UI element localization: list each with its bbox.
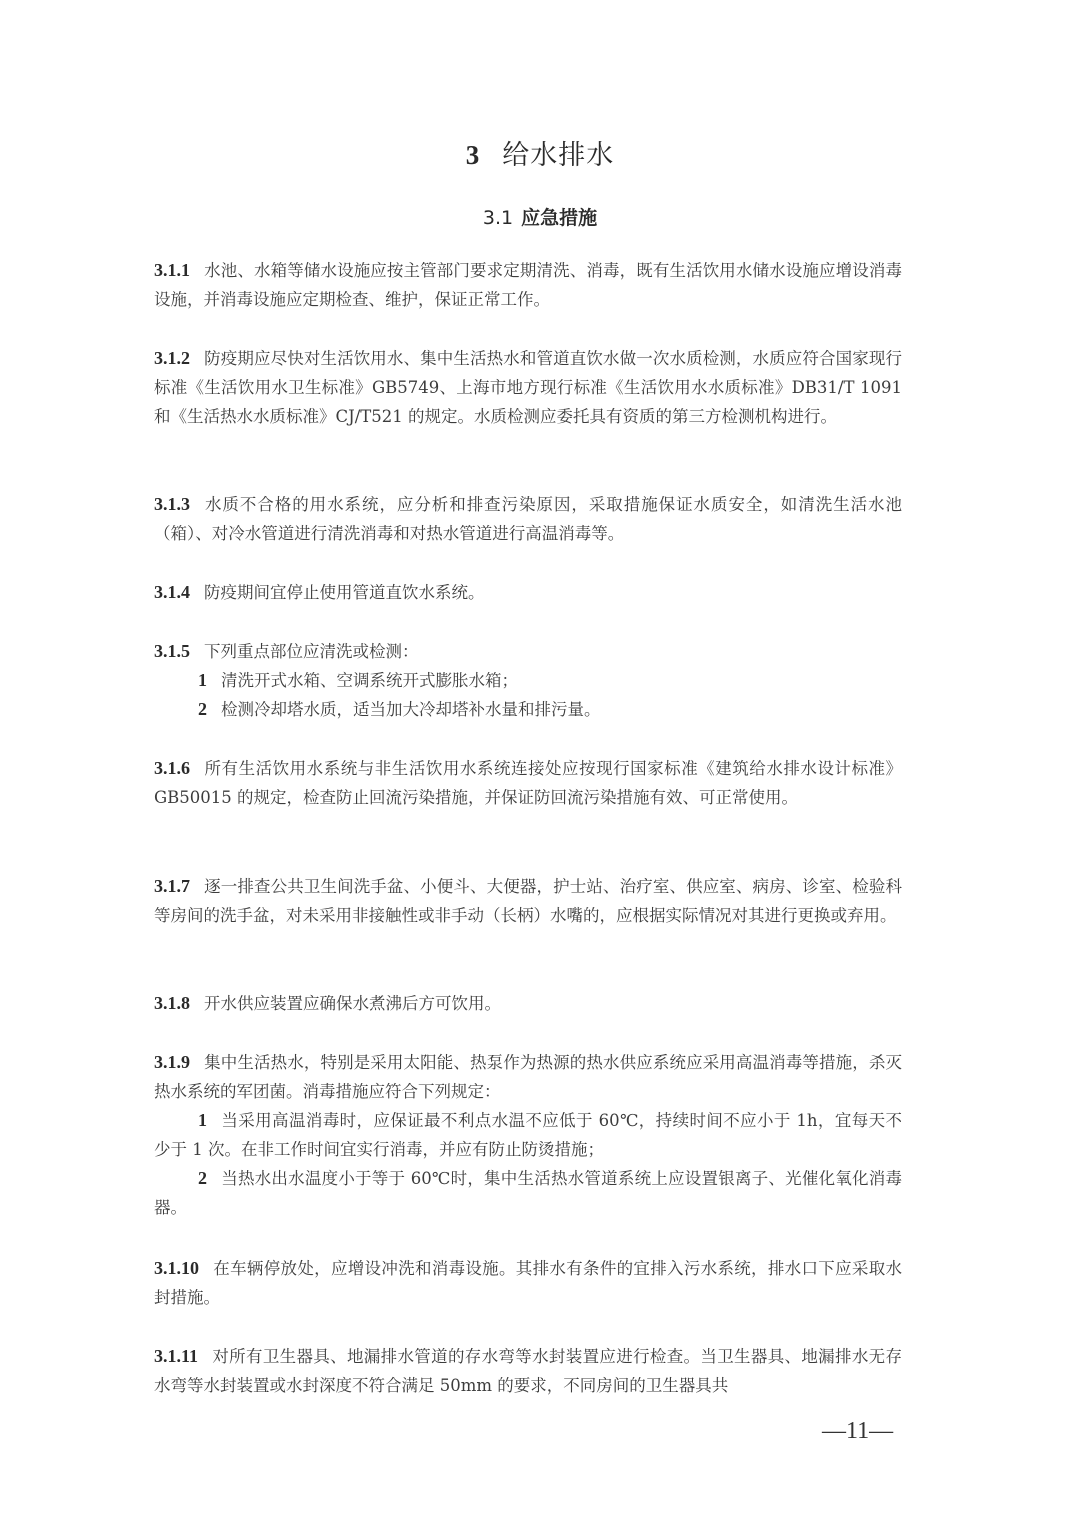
list-item: 1清洗开式水箱、空调系统开式膨胀水箱；	[154, 666, 902, 695]
clause-text: 防疫期间宜停止使用管道直饮水系统。	[204, 583, 485, 602]
clause-number: 3.1.3	[154, 494, 190, 514]
clause-text: 防疫期应尽快对生活饮用水、集中生活热水和管道直饮水做一次水质检测，水质应符合国家…	[154, 349, 902, 426]
clause-text: 所有生活饮用水系统与非生活饮用水系统连接处应按现行国家标准《建筑给水排水设计标准…	[154, 759, 902, 807]
section-number: 3.1	[483, 207, 513, 229]
clause-text: 水池、水箱等储水设施应按主管部门要求定期清洗、消毒，既有生活饮用水储水设施应增设…	[154, 261, 902, 309]
clause-number: 3.1.6	[154, 758, 190, 778]
clause-text: 对所有卫生器具、地漏排水管道的存水弯等水封装置应进行检查。当卫生器具、地漏排水无…	[154, 1347, 902, 1395]
clause-3-1-4: 3.1.4防疫期间宜停止使用管道直饮水系统。	[154, 578, 902, 607]
clause-text: 开水供应装置应确保水煮沸后方可饮用。	[204, 994, 501, 1013]
clause-3-1-8: 3.1.8开水供应装置应确保水煮沸后方可饮用。	[154, 989, 902, 1018]
clause-number: 3.1.5	[154, 641, 190, 661]
section-title-text: 应急措施	[521, 207, 597, 229]
clause-3-1-1: 3.1.1水池、水箱等储水设施应按主管部门要求定期清洗、消毒，既有生活饮用水储水…	[154, 256, 902, 314]
list-item: 2当热水出水温度小于等于 60℃时，集中生活热水管道系统上应设置银离子、光催化氧…	[154, 1164, 902, 1222]
clause-3-1-5: 3.1.5下列重点部位应清洗或检测： 1清洗开式水箱、空调系统开式膨胀水箱； 2…	[154, 637, 902, 724]
clause-3-1-6: 3.1.6所有生活饮用水系统与非生活饮用水系统连接处应按现行国家标准《建筑给水排…	[154, 754, 902, 812]
clause-number: 3.1.11	[154, 1346, 198, 1366]
clause-3-1-3: 3.1.3水质不合格的用水系统，应分析和排查污染原因，采取措施保证水质安全，如清…	[154, 490, 902, 548]
page-number: —11—	[822, 1418, 893, 1445]
clause-number: 3.1.1	[154, 260, 190, 280]
clause-3-1-11: 3.1.11对所有卫生器具、地漏排水管道的存水弯等水封装置应进行检查。当卫生器具…	[154, 1342, 902, 1400]
clause-number: 3.1.4	[154, 582, 190, 602]
list-item: 1当采用高温消毒时，应保证最不利点水温不应低于 60℃，持续时间不应小于 1h，…	[154, 1106, 902, 1164]
clause-number: 3.1.2	[154, 348, 190, 368]
clause-text: 在车辆停放处，应增设冲洗和消毒设施。其排水有条件的宜排入污水系统，排水口下应采取…	[154, 1259, 902, 1307]
clause-3-1-2: 3.1.2防疫期应尽快对生活饮用水、集中生活热水和管道直饮水做一次水质检测，水质…	[154, 344, 902, 431]
clause-3-1-9: 3.1.9集中生活热水，特别是采用太阳能、热泵作为热源的热水供应系统应采用高温消…	[154, 1048, 902, 1222]
clause-text: 逐一排查公共卫生间洗手盆、小便斗、大便器，护士站、治疗室、供应室、病房、诊室、检…	[154, 877, 902, 925]
clause-number: 3.1.9	[154, 1052, 190, 1072]
list-item: 2检测冷却塔水质，适当加大冷却塔补水量和排污量。	[154, 695, 902, 724]
clause-text: 下列重点部位应清洗或检测：	[204, 642, 419, 661]
section-title: 3.1应急措施	[0, 203, 1080, 230]
chapter-title-text: 给水排水	[502, 140, 614, 171]
clause-3-1-7: 3.1.7逐一排查公共卫生间洗手盆、小便斗、大便器，护士站、治疗室、供应室、病房…	[154, 872, 902, 930]
clause-text: 集中生活热水，特别是采用太阳能、热泵作为热源的热水供应系统应采用高温消毒等措施，…	[154, 1053, 902, 1101]
clause-text: 水质不合格的用水系统，应分析和排查污染原因，采取措施保证水质安全，如清洗生活水池…	[154, 495, 902, 543]
clause-number: 3.1.8	[154, 993, 190, 1013]
clause-3-1-10: 3.1.10在车辆停放处，应增设冲洗和消毒设施。其排水有条件的宜排入污水系统，排…	[154, 1254, 902, 1312]
clause-number: 3.1.10	[154, 1258, 199, 1278]
clause-number: 3.1.7	[154, 876, 190, 896]
chapter-number: 3	[466, 140, 481, 170]
chapter-title: 3给水排水	[0, 133, 1080, 172]
